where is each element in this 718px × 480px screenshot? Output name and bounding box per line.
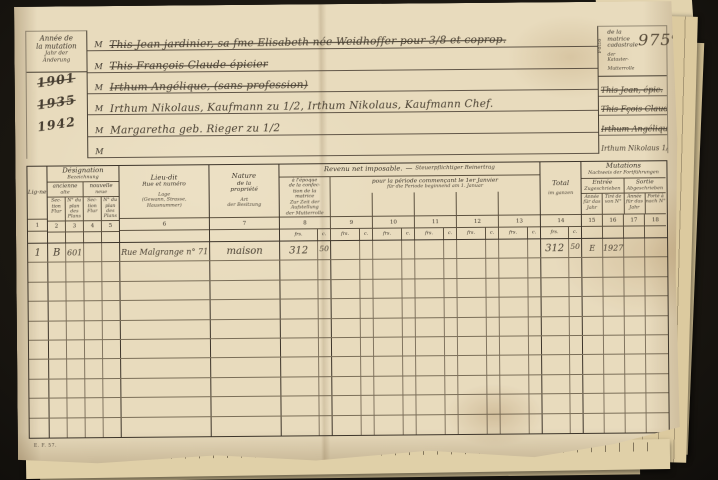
unit-c: c. bbox=[318, 229, 331, 240]
table-cell bbox=[29, 399, 49, 418]
plan-label-de: des Plans bbox=[68, 209, 81, 220]
table-cell bbox=[529, 394, 542, 413]
table-cell bbox=[281, 319, 319, 338]
table-cell bbox=[583, 336, 604, 355]
column-number: 6 bbox=[120, 218, 209, 230]
year-header-de-line2: Änderung bbox=[26, 57, 86, 65]
revenu-title-fr: Revenu net imposable. bbox=[324, 166, 403, 174]
table-cell bbox=[458, 298, 487, 317]
table-cell bbox=[374, 396, 403, 415]
table-cell bbox=[211, 358, 281, 377]
table-cell bbox=[121, 339, 211, 358]
table-cell bbox=[500, 317, 529, 336]
table-cell bbox=[500, 356, 529, 375]
section-label-de: Flur bbox=[51, 209, 61, 214]
table-cell bbox=[102, 262, 120, 281]
table-cell bbox=[529, 336, 542, 355]
ligne-label: Lig-ne bbox=[28, 189, 47, 196]
table-cell bbox=[49, 321, 67, 340]
table-cell bbox=[543, 414, 571, 434]
unit-cell bbox=[603, 227, 624, 238]
table-cell bbox=[583, 374, 604, 393]
folio-number: 975a bbox=[638, 29, 678, 75]
owner-m-label: M bbox=[94, 40, 102, 50]
table-cell bbox=[48, 282, 66, 301]
table-cell bbox=[281, 377, 319, 396]
table-cell bbox=[49, 399, 67, 418]
table-cell bbox=[487, 356, 500, 375]
form-reference-code: E. F. 57. bbox=[34, 444, 57, 449]
table-cell bbox=[542, 297, 570, 316]
table-cell bbox=[332, 318, 361, 337]
table-cell bbox=[487, 375, 500, 394]
table-cell bbox=[403, 337, 416, 356]
table-cell bbox=[445, 337, 458, 356]
column-number: 9 bbox=[331, 217, 373, 228]
table-cell bbox=[103, 379, 121, 398]
table-cell bbox=[67, 360, 85, 379]
table-cell bbox=[373, 241, 402, 260]
table-cell bbox=[374, 337, 403, 356]
table-cell bbox=[500, 395, 529, 414]
table-cell bbox=[529, 317, 542, 336]
table-cell bbox=[416, 298, 445, 317]
table-cell bbox=[67, 321, 85, 340]
column-number: 3 bbox=[66, 221, 84, 231]
table-cell bbox=[360, 260, 373, 279]
table-cell bbox=[445, 395, 458, 414]
folio-vertical-label: Folio bbox=[597, 38, 603, 53]
lieu-label-de3: Hausnummer) bbox=[147, 203, 182, 209]
table-cell bbox=[281, 396, 319, 415]
table-cell bbox=[415, 279, 444, 298]
table-cell bbox=[604, 316, 625, 335]
divider-cell bbox=[499, 191, 540, 214]
table-cell bbox=[499, 259, 528, 278]
column-ligne: Lig-ne 1 bbox=[27, 167, 48, 243]
entree-label-de: Zugeschrieben bbox=[582, 186, 624, 192]
table-cell bbox=[604, 336, 625, 355]
table-cell bbox=[332, 357, 361, 376]
table-cell bbox=[444, 279, 457, 298]
ancienne-label-fr: ancienne bbox=[53, 183, 78, 189]
table-cell bbox=[50, 418, 68, 438]
mutation-year-header: Année de la mutation Jahr der Änderung bbox=[26, 31, 86, 73]
table-cell bbox=[211, 319, 281, 338]
table-cell bbox=[68, 418, 86, 438]
table-cell bbox=[603, 258, 624, 277]
column-number: 1 bbox=[28, 220, 47, 231]
folio-owner-name: This Jean, épic. bbox=[599, 76, 667, 96]
table-cell bbox=[319, 319, 332, 338]
column-nature: Nature de la propriété Art der Besitzung… bbox=[209, 165, 280, 242]
table-cell bbox=[624, 277, 645, 296]
table-cell bbox=[582, 278, 603, 297]
entry-plan-nouveau bbox=[102, 243, 120, 262]
table-cell bbox=[362, 415, 375, 435]
table-cell bbox=[570, 336, 583, 355]
table-cell bbox=[646, 296, 667, 315]
photo-background: Année de la mutation Jahr der Änderung 1… bbox=[0, 0, 718, 480]
unit-cell bbox=[48, 232, 66, 242]
register-table: Lig-ne 1 Désignation Bezeichnung ancienn… bbox=[26, 160, 669, 438]
unit-cell bbox=[120, 230, 209, 242]
entry-entree-tire: 1927 bbox=[603, 243, 623, 252]
table-cell bbox=[486, 259, 499, 278]
table-cell bbox=[319, 357, 332, 376]
table-cell bbox=[403, 396, 416, 415]
table-cell bbox=[458, 317, 487, 336]
table-cell bbox=[85, 301, 103, 320]
unit-frs: frs. bbox=[541, 227, 569, 238]
header-block: Année de la mutation Jahr der Änderung 1… bbox=[25, 25, 668, 159]
cadastral-register-sheet: Année de la mutation Jahr der Änderung 1… bbox=[14, 1, 680, 465]
table-cell bbox=[211, 397, 281, 416]
section-label-de: Flur bbox=[87, 209, 97, 214]
owner-m-label: M bbox=[95, 126, 103, 136]
table-cell bbox=[84, 282, 102, 301]
table-cell bbox=[416, 337, 445, 356]
table-cell bbox=[29, 321, 49, 340]
table-cell bbox=[542, 394, 570, 413]
table-cell bbox=[212, 416, 282, 436]
table-cell bbox=[646, 335, 667, 354]
table-cell bbox=[582, 258, 603, 277]
table-cell bbox=[569, 258, 582, 277]
table-cell bbox=[67, 379, 85, 398]
table-cell bbox=[281, 299, 319, 318]
table-cell bbox=[457, 240, 486, 259]
table-cell bbox=[320, 416, 333, 436]
table-cell bbox=[403, 299, 416, 318]
table-cell bbox=[373, 279, 402, 298]
table-cell bbox=[416, 395, 445, 414]
entry-nature: maison bbox=[226, 245, 262, 256]
sortie-porte-header: Porté à nach N° bbox=[645, 193, 665, 213]
table-cell bbox=[542, 336, 570, 355]
table-cell bbox=[211, 339, 281, 358]
owner-m-label: M bbox=[95, 83, 103, 93]
table-cell bbox=[626, 413, 647, 433]
column-number: 17 bbox=[624, 214, 645, 225]
table-cell bbox=[332, 377, 361, 396]
table-cell bbox=[571, 413, 584, 433]
mutation-year-column: Année de la mutation Jahr der Änderung 1… bbox=[25, 30, 88, 159]
table-cell bbox=[416, 356, 445, 375]
table-cell bbox=[499, 278, 528, 297]
periode-column-dividers bbox=[331, 191, 540, 216]
table-cell bbox=[280, 261, 318, 280]
table-cell bbox=[583, 297, 604, 316]
table-cell bbox=[624, 238, 645, 257]
column-number: 11 bbox=[415, 216, 457, 227]
table-cell bbox=[528, 278, 541, 297]
divider-cell bbox=[415, 192, 457, 215]
unit-cell bbox=[28, 232, 47, 243]
table-cell bbox=[331, 241, 360, 260]
designation-ancienne: ancienne alte Sec-tion Flur N° du plan bbox=[48, 182, 84, 220]
table-cell bbox=[625, 374, 646, 393]
table-cell bbox=[402, 260, 415, 279]
table-cell bbox=[604, 394, 625, 413]
table-cell bbox=[529, 356, 542, 375]
table-cell bbox=[542, 355, 570, 374]
table-cell bbox=[211, 377, 281, 396]
table-cell bbox=[647, 413, 668, 433]
porte-label-de: nach N° bbox=[646, 199, 666, 204]
table-cell bbox=[85, 340, 103, 359]
table-cell bbox=[569, 278, 582, 297]
table-cell bbox=[500, 336, 529, 355]
table-cell bbox=[319, 377, 332, 396]
unit-c: c. bbox=[486, 228, 499, 239]
column-number: 10 bbox=[373, 216, 415, 227]
table-cell bbox=[487, 337, 500, 356]
table-cell bbox=[28, 282, 48, 301]
entry-lieu: Rue Malgrange n° 71 bbox=[121, 247, 208, 257]
table-cell bbox=[583, 394, 604, 413]
unit-cell bbox=[102, 232, 119, 242]
table-cell bbox=[103, 321, 121, 340]
nouvelle-label-de: neue bbox=[95, 190, 107, 195]
sortie-label-de: Abgeschrieben bbox=[624, 186, 666, 192]
table-cell bbox=[361, 299, 374, 318]
table-cell bbox=[445, 318, 458, 337]
table-cell bbox=[121, 359, 211, 378]
owner-row: M bbox=[88, 132, 598, 158]
table-cell bbox=[542, 375, 570, 394]
folio-label-fr-line2: cadastrale bbox=[607, 42, 638, 49]
column-number: 14 bbox=[541, 215, 581, 226]
table-cell bbox=[403, 357, 416, 376]
column-number: 15 bbox=[582, 215, 603, 226]
sortie-annee-header: Année für das Jahr bbox=[624, 193, 645, 213]
table-cell bbox=[402, 240, 415, 259]
folio-label-de-line1: der Kataster- bbox=[607, 52, 638, 63]
table-cell bbox=[402, 279, 415, 298]
table-cell bbox=[530, 414, 543, 434]
table-cell bbox=[103, 398, 121, 417]
table-cell bbox=[121, 378, 211, 397]
table-cell bbox=[331, 280, 360, 299]
mutations-sortie: Sortie Abgeschrieben Année für das Jahr … bbox=[624, 178, 666, 213]
table-cell bbox=[646, 355, 667, 374]
column-number: 12 bbox=[457, 216, 499, 227]
table-cell bbox=[604, 374, 625, 393]
table-cell bbox=[103, 359, 121, 378]
unit-cell bbox=[66, 232, 84, 242]
table-cell bbox=[121, 300, 211, 319]
table-cell bbox=[66, 263, 84, 282]
table-cell bbox=[415, 260, 444, 279]
table-cell bbox=[604, 355, 625, 374]
table-cell bbox=[457, 279, 486, 298]
plan-label-fr: N° du plan bbox=[103, 198, 117, 208]
table-cell bbox=[403, 376, 416, 395]
folio-number-value: 975 bbox=[638, 30, 672, 49]
table-cell bbox=[318, 280, 331, 299]
unit-frs: frs. bbox=[457, 228, 486, 239]
table-cell bbox=[332, 299, 361, 318]
unit-frs: frs. bbox=[415, 228, 444, 239]
designation-label-de: Bezeichnung bbox=[47, 174, 118, 180]
table-cell bbox=[404, 415, 417, 435]
owners-column: M This Jean jardinier, sa fme Elisabeth … bbox=[87, 26, 598, 158]
nature-label-fr1: Nature bbox=[232, 173, 256, 181]
plan-header: N° du plan des Plans bbox=[66, 198, 83, 221]
table-cell bbox=[570, 297, 583, 316]
column-group-mutations: Mutations Nachweis der Fortführungen Ent… bbox=[581, 161, 666, 238]
table-cell bbox=[48, 263, 66, 282]
table-cell bbox=[570, 375, 583, 394]
table-cell bbox=[29, 379, 49, 398]
column-lieu-dit: Lieu-dit Rue et numéro Lage (Gewann, Str… bbox=[119, 165, 210, 242]
section-label-fr: Sec-tion bbox=[87, 199, 97, 209]
table-cell bbox=[528, 239, 541, 258]
owner-name: Margaretha geb. Rieger zu 1/2 bbox=[110, 122, 280, 136]
section-label-fr: Sec-tion bbox=[51, 199, 61, 209]
table-cell bbox=[121, 397, 211, 416]
table-cell bbox=[584, 413, 605, 433]
table-cell bbox=[625, 316, 646, 335]
table-cell bbox=[417, 415, 446, 435]
column-group-periode: pour la période commençant le 1er Janvie… bbox=[331, 175, 540, 216]
table-cell bbox=[374, 299, 403, 318]
entree-tire-header: Tiré de von N° bbox=[603, 194, 623, 214]
table-cell bbox=[360, 241, 373, 260]
table-cell bbox=[646, 374, 667, 393]
table-cell bbox=[625, 355, 646, 374]
table-cell bbox=[30, 418, 50, 438]
table-cell bbox=[499, 239, 528, 258]
unit-cell bbox=[624, 226, 645, 237]
table-cell bbox=[361, 396, 374, 415]
table-cell bbox=[445, 376, 458, 395]
entry-total-frs: 312 bbox=[545, 243, 564, 254]
unit-cell bbox=[84, 232, 102, 242]
unit-c: c. bbox=[528, 227, 540, 238]
table-cell bbox=[570, 394, 583, 413]
section-header: Sec-tion Flur bbox=[48, 198, 66, 221]
table-cell bbox=[645, 238, 666, 257]
table-cell bbox=[280, 280, 318, 299]
entry-section-nouvelle bbox=[84, 243, 102, 262]
revenu-title-de: Steuerpflichtiger Reinertrag bbox=[415, 166, 495, 172]
section-header: Sec-tion Flur bbox=[84, 197, 102, 220]
table-cell bbox=[486, 240, 499, 259]
annee-label-de: für das Jahr bbox=[583, 200, 600, 211]
table-cell bbox=[605, 413, 626, 433]
table-cell bbox=[458, 337, 487, 356]
table-cell bbox=[332, 396, 361, 415]
unit-frs: frs. bbox=[373, 229, 402, 240]
table-cell bbox=[85, 398, 103, 417]
table-cell bbox=[445, 356, 458, 375]
owner-m-label: M bbox=[95, 104, 103, 114]
unit-cell bbox=[210, 230, 279, 242]
table-cell bbox=[541, 278, 569, 297]
annee-label-de: für das Jahr bbox=[626, 199, 643, 210]
table-cell bbox=[29, 302, 49, 321]
table-cell bbox=[625, 335, 646, 354]
table-cell bbox=[645, 277, 666, 296]
table-cell bbox=[361, 377, 374, 396]
table-cell bbox=[281, 358, 319, 377]
nature-label-fr3: propriété bbox=[230, 187, 258, 194]
table-cell bbox=[444, 259, 457, 278]
table-cell bbox=[29, 341, 49, 360]
divider-cell bbox=[373, 192, 415, 215]
column-number: 8 bbox=[280, 217, 331, 228]
table-cell bbox=[604, 297, 625, 316]
table-cell bbox=[603, 277, 624, 296]
tire-label-de: von N° bbox=[605, 200, 622, 205]
table-cell bbox=[416, 318, 445, 337]
lieu-label-fr2: Rue et numéro bbox=[142, 182, 186, 189]
table-cell bbox=[319, 338, 332, 357]
owner-name: Irthum Angélique, (sans profession) bbox=[110, 79, 308, 94]
nouvelle-label-fr: nouvelle bbox=[90, 183, 113, 189]
table-cell bbox=[645, 258, 666, 277]
unit-frs: frs. bbox=[331, 229, 360, 240]
unit-c: c. bbox=[569, 227, 581, 238]
table-cell bbox=[486, 278, 499, 297]
plan-header: N° du plan des Plans bbox=[102, 197, 119, 220]
owner-m-label: M bbox=[95, 147, 103, 157]
table-cell bbox=[529, 375, 542, 394]
table-cell bbox=[360, 280, 373, 299]
table-cell bbox=[103, 340, 121, 359]
table-cell bbox=[49, 379, 67, 398]
table-cell bbox=[29, 360, 49, 379]
table-cell bbox=[541, 258, 569, 277]
entry-ligne: 1 bbox=[34, 247, 40, 258]
table-cell bbox=[66, 282, 84, 301]
table-body: 1 B 601 Rue Malgrange n° 71 maison 312 5… bbox=[27, 238, 670, 438]
table-cell bbox=[210, 261, 280, 280]
table-cell bbox=[446, 415, 459, 435]
unit-c: c. bbox=[360, 229, 373, 240]
table-cell bbox=[122, 417, 212, 437]
periode-label-de: für die Periode beginnend am 1. Januar bbox=[331, 184, 540, 191]
table-cell bbox=[487, 317, 500, 336]
table-cell bbox=[458, 395, 487, 414]
table-cell bbox=[332, 338, 361, 357]
unit-c: c. bbox=[444, 228, 457, 239]
mutations-entree: Entrée Zugeschrieben Année für das Jahr … bbox=[582, 179, 625, 214]
table-cell bbox=[374, 376, 403, 395]
table-cell bbox=[282, 416, 320, 436]
revenu-title-separator: — bbox=[405, 166, 412, 174]
entry-entree-annee: E bbox=[589, 244, 595, 253]
table-cell bbox=[444, 240, 457, 259]
empty-row bbox=[30, 413, 669, 438]
table-cell bbox=[488, 414, 501, 434]
table-cell bbox=[583, 355, 604, 374]
folio-column: Folio de la matrice cadastrale der Katas… bbox=[597, 25, 668, 154]
unit-cell bbox=[582, 227, 603, 238]
column-number: 4 bbox=[84, 221, 102, 231]
table-cell bbox=[646, 316, 667, 335]
table-cell bbox=[624, 258, 645, 277]
table-cell bbox=[85, 359, 103, 378]
table-cell bbox=[331, 260, 360, 279]
table-cell bbox=[67, 340, 85, 359]
table-cell bbox=[67, 301, 85, 320]
table-cell bbox=[458, 356, 487, 375]
total-label-de: im ganzen bbox=[548, 191, 573, 197]
owner-name: This François Claude épicier bbox=[110, 58, 269, 72]
